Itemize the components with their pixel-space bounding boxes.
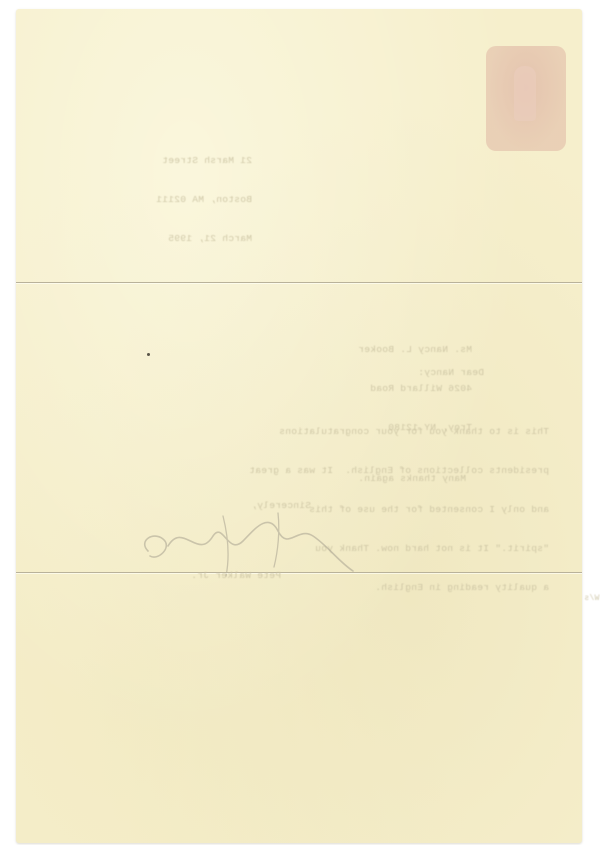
body-line: a quality reading in English. xyxy=(249,581,549,594)
fold-line xyxy=(16,282,582,283)
paper-speck xyxy=(147,353,150,356)
fold-line xyxy=(16,572,582,573)
letter-sheet: 21 Marsh Street Boston, MA 02111 March 2… xyxy=(16,9,582,843)
return-address-line: Boston, MA 02111 xyxy=(156,193,252,206)
salutation: Dear Nancy: xyxy=(418,366,484,379)
postage-stamp-imprint xyxy=(486,46,566,151)
stamp-figure-icon xyxy=(514,66,536,121)
body-line: This is to thank you for your congratula… xyxy=(249,425,549,438)
recipient-line: Ms. Nancy L. Booker xyxy=(358,343,472,356)
return-address-line: 21 Marsh Street xyxy=(156,154,252,167)
letter-date: March 21, 1995 xyxy=(156,232,252,245)
recipient-line: 4026 Willard Road xyxy=(358,382,472,395)
closing-line: Many thanks again. xyxy=(358,472,466,485)
typist-initials: W/s xyxy=(584,592,599,605)
signer-typed-name: Pete Walker Jr. xyxy=(191,569,281,582)
return-address: 21 Marsh Street Boston, MA 02111 March 2… xyxy=(156,128,252,271)
